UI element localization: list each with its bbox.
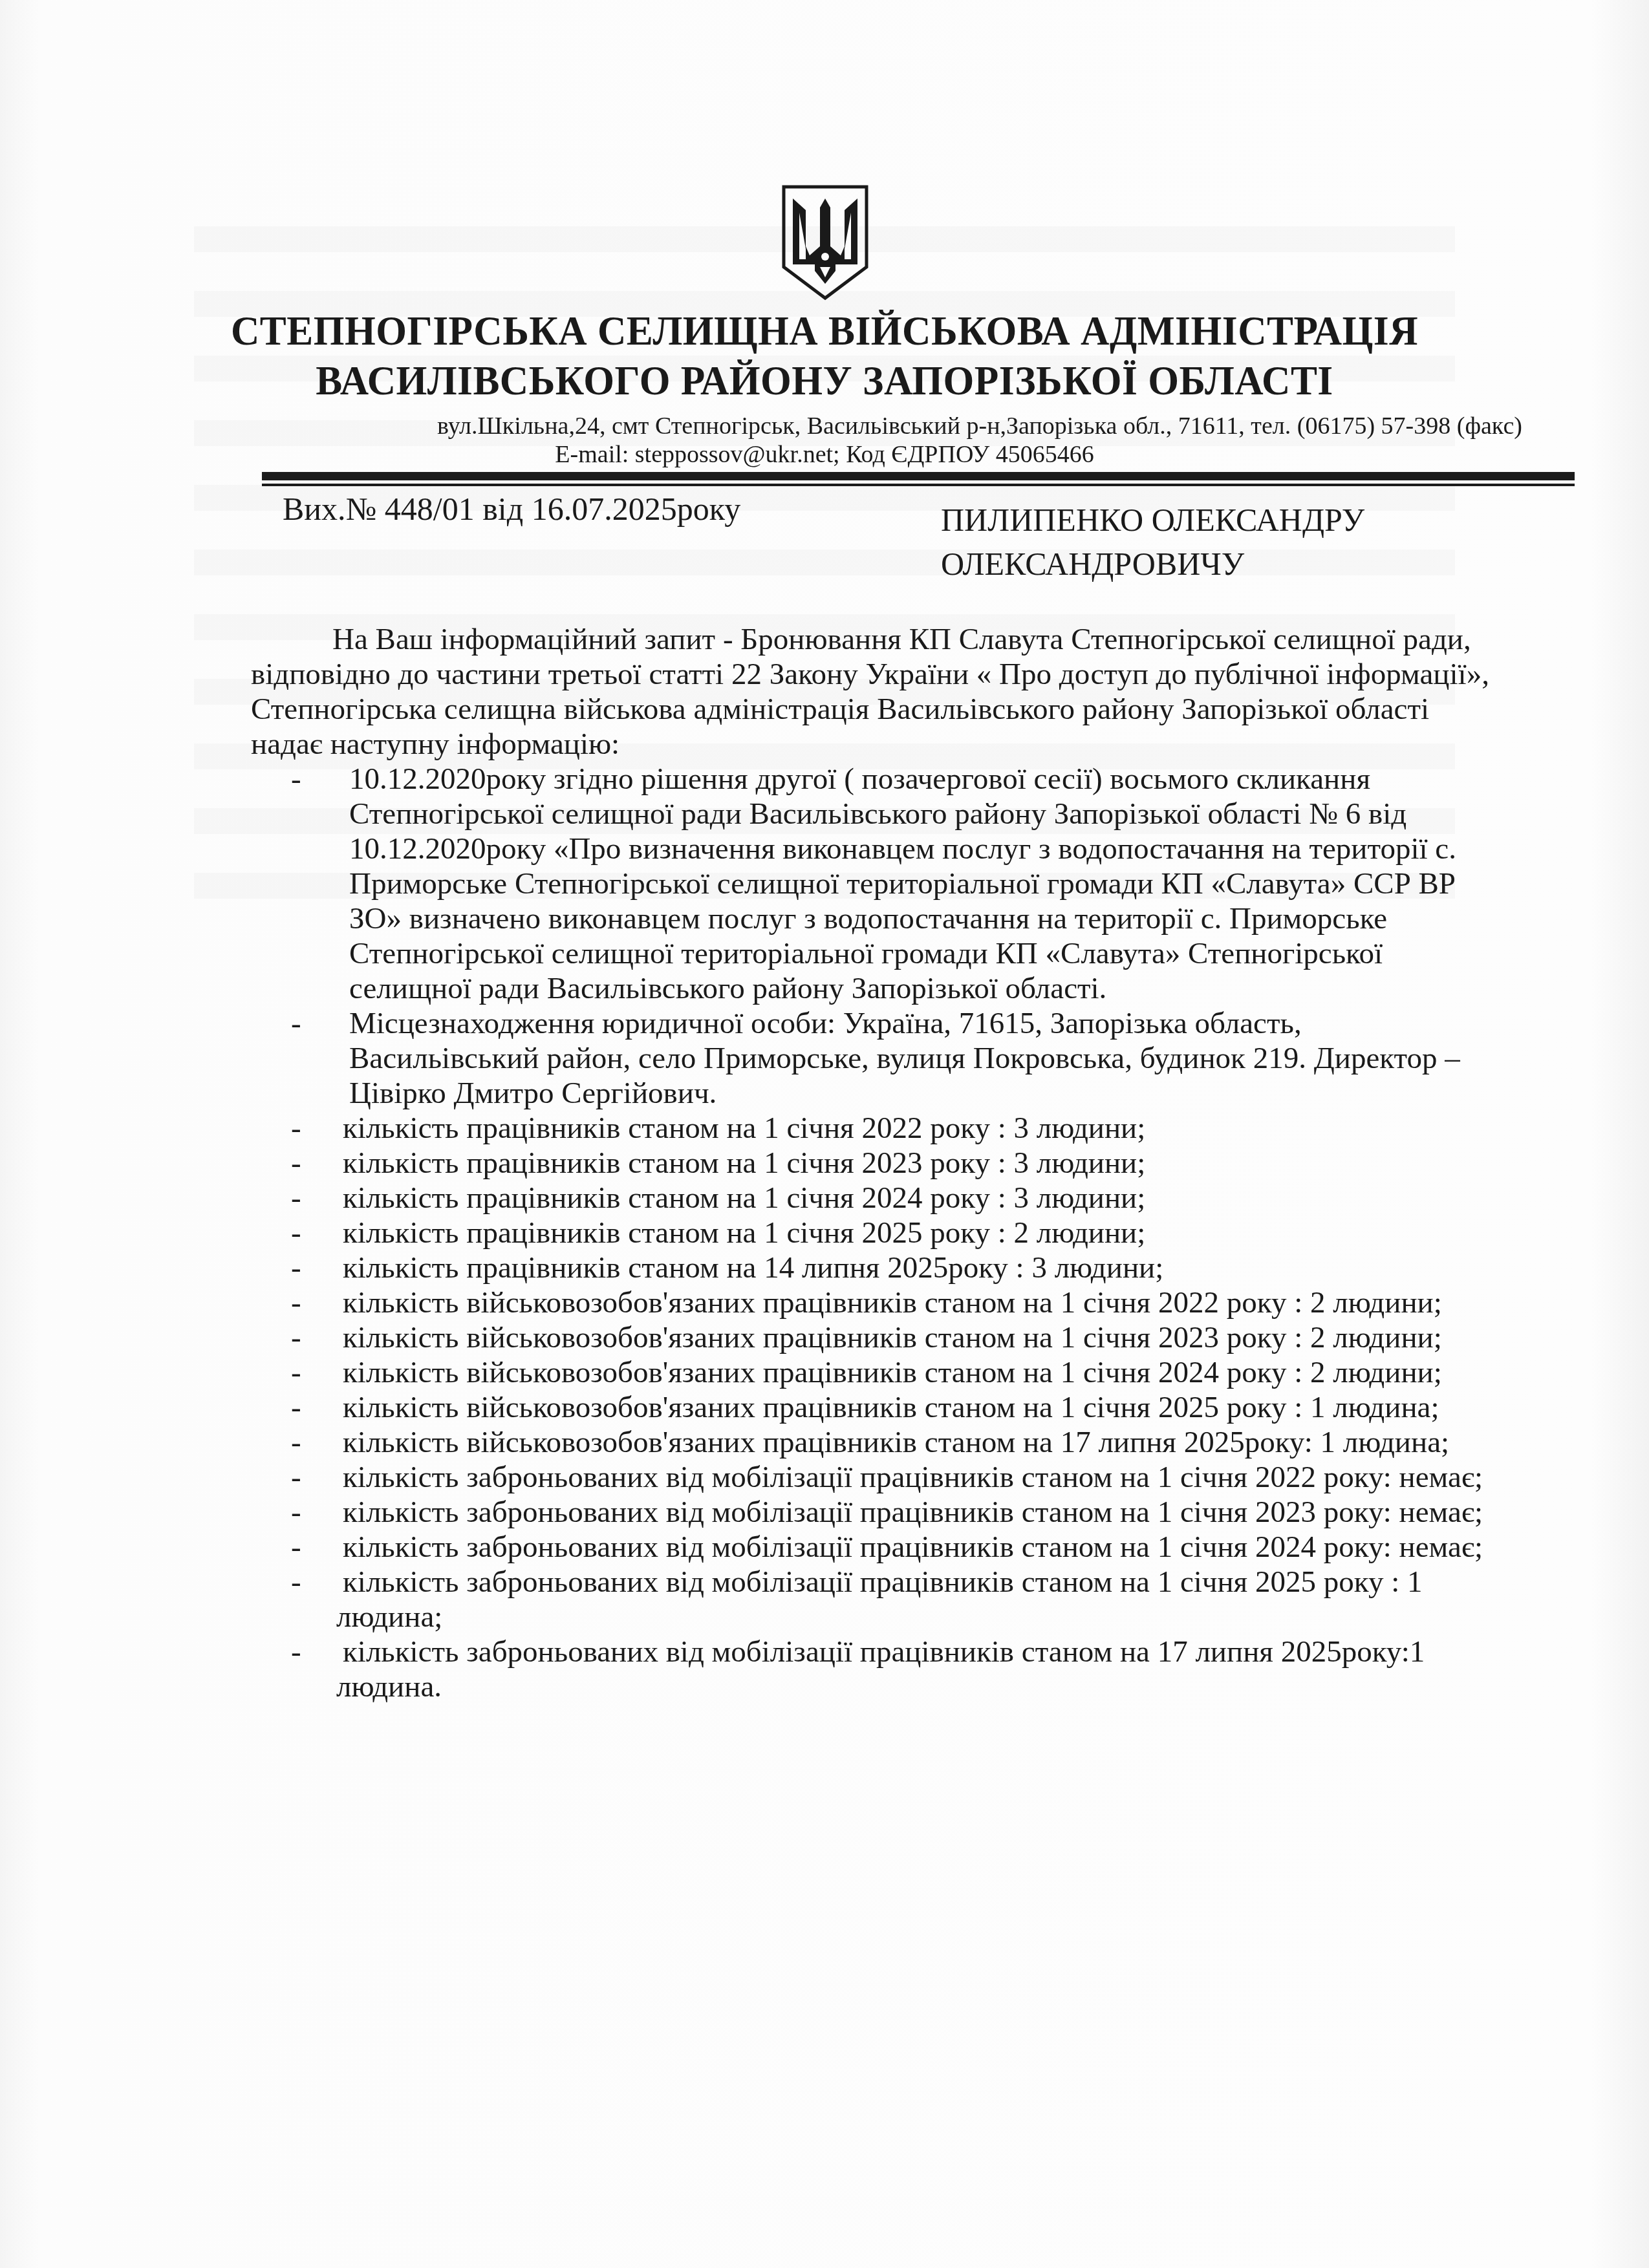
list-dash: - [291,1285,301,1320]
organization-title-line1: СТЕПНОГІРСЬКА СЕЛИЩНА ВІЙСЬКОВА АДМІНІСТ… [33,310,1616,352]
list-dash: - [291,1460,301,1495]
list-dash: - [291,1565,301,1599]
list-dash: - [291,1215,301,1250]
list-dash: - [291,1181,301,1215]
list-item-text: кількість працівників станом на 1 січня … [336,1111,1493,1146]
list-item-text: кількість працівників станом на 1 січня … [336,1181,1493,1215]
info-list: - 10.12.2020року згідно рішення другої (… [251,762,1493,1704]
list-item: - кількість військовозобов'язаних праців… [251,1355,1493,1390]
list-dash: - [291,1006,301,1041]
list-item: - кількість військовозобов'язаних праців… [251,1320,1493,1355]
list-item-text: кількість заброньованих від мобілізації … [336,1530,1493,1565]
recipient-block: ПИЛИПЕНКО ОЛЕКСАНДРУ ОЛЕКСАНДРОВИЧУ [941,498,1364,586]
list-dash: - [291,1111,301,1146]
list-item-text: кількість працівників станом на 1 січня … [336,1146,1493,1181]
list-item: - кількість працівників станом на 1 січн… [251,1111,1493,1146]
list-item-text: кількість заброньованих від мобілізації … [336,1495,1493,1530]
organization-email-and-code: E-mail: steppossov@ukr.net; Код ЄДРПОУ 4… [0,442,1649,467]
list-dash: - [291,1146,301,1181]
list-dash: - [291,1530,301,1565]
list-item-text: кількість заброньованих від мобілізації … [336,1460,1493,1495]
document-page: СТЕПНОГІРСЬКА СЕЛИЩНА ВІЙСЬКОВА АДМІНІСТ… [0,0,1649,2268]
list-item-text: кількість заброньованих від мобілізації … [336,1565,1493,1634]
list-item-text: кількість заброньованих від мобілізації … [336,1634,1493,1704]
list-item-text: 10.12.2020року згідно рішення другої ( п… [349,762,1456,1005]
organization-address: вул.Шкільна,24, смт Степногірськ, Василь… [155,414,1649,438]
list-item-text: кількість працівників станом на 14 липня… [336,1250,1493,1285]
list-item: - кількість працівників станом на 14 лип… [251,1250,1493,1285]
list-dash: - [291,1495,301,1530]
trident-coat-of-arms-icon [780,184,870,301]
list-item-text: кількість військовозобов'язаних працівни… [336,1355,1493,1390]
list-item-text: кількість військовозобов'язаних працівни… [336,1320,1493,1355]
list-dash: - [291,762,301,797]
list-dash: - [291,1390,301,1425]
recipient-line1: ПИЛИПЕНКО ОЛЕКСАНДРУ [941,498,1364,542]
list-item: - кількість заброньованих від мобілізаці… [251,1565,1493,1634]
list-item-text: кількість військовозобов'язаних працівни… [336,1390,1493,1425]
list-item: - кількість працівників станом на 1 січн… [251,1215,1493,1250]
list-item: - кількість працівників станом на 1 січн… [251,1146,1493,1181]
list-item: - кількість заброньованих від мобілізаці… [251,1495,1493,1530]
outgoing-number-and-date: Вих.№ 448/01 від 16.07.2025року [283,493,740,525]
list-item: - кількість заброньованих від мобілізаці… [251,1530,1493,1565]
list-dash: - [291,1634,301,1669]
list-dash: - [291,1425,301,1460]
list-item: - кількість військовозобов'язаних праців… [251,1390,1493,1425]
organization-title-line2: ВАСИЛІВСЬКОГО РАЙОНУ ЗАПОРІЗЬКОЇ ОБЛАСТІ [33,360,1616,401]
recipient-line2: ОЛЕКСАНДРОВИЧУ [941,542,1364,586]
header-divider-thick [262,472,1575,480]
intro-paragraph: На Ваш інформаційний запит - Бронювання … [251,622,1493,762]
list-item: - кількість військовозобов'язаних праців… [251,1425,1493,1460]
list-item: - 10.12.2020року згідно рішення другої (… [251,762,1493,1006]
list-dash: - [291,1355,301,1390]
list-item: - Місцезнаходження юридичної особи: Укра… [251,1006,1493,1111]
header-divider-thin [262,484,1575,486]
letter-body: На Ваш інформаційний запит - Бронювання … [251,622,1493,1704]
list-item: - кількість заброньованих від мобілізаці… [251,1460,1493,1495]
list-item-text: кількість працівників станом на 1 січня … [336,1215,1493,1250]
list-item-text: кількість військовозобов'язаних працівни… [336,1425,1493,1460]
list-item-text: Місцезнаходження юридичної особи: Україн… [349,1007,1460,1110]
list-dash: - [291,1250,301,1285]
list-item: - кількість військовозобов'язаних праців… [251,1285,1493,1320]
list-dash: - [291,1320,301,1355]
list-item: - кількість заброньованих від мобілізаці… [251,1634,1493,1704]
list-item: - кількість працівників станом на 1 січн… [251,1181,1493,1215]
list-item-text: кількість військовозобов'язаних працівни… [336,1285,1493,1320]
